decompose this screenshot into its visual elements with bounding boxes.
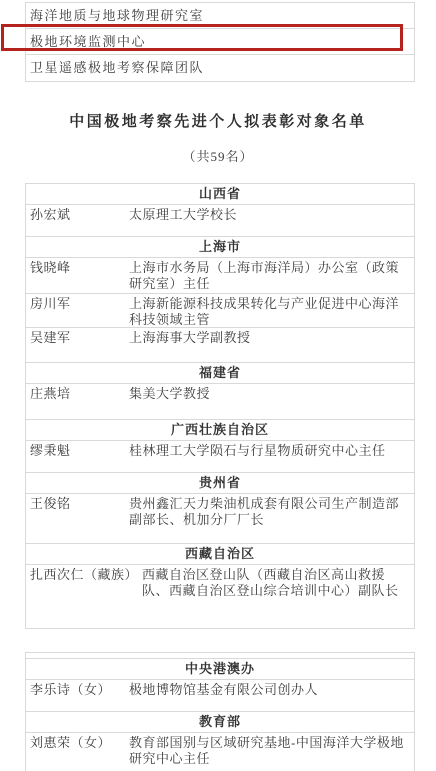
org-list-item: 卫星遥感极地考察保障团队 (26, 55, 414, 81)
region-header: 西藏自治区 (26, 544, 414, 565)
region-section: 广西壮族自治区缪秉魁桂林理工大学陨石与行星物质研究中心主任 (26, 420, 414, 473)
page-subtitle: （共59名） (0, 146, 436, 165)
region-section: 福建省庄燕培集美大学教授 (26, 363, 414, 420)
person-row: 缪秉魁桂林理工大学陨石与行星物质研究中心主任 (26, 441, 414, 473)
person-title: 教育部国别与区域研究基地-中国海洋大学极地研究中心主任 (129, 735, 412, 766)
region-header: 贵州省 (26, 473, 414, 494)
person-name: 孙宏斌 (30, 207, 129, 223)
person-row: 李乐诗（女）极地博物馆基金有限公司创办人 (26, 680, 414, 712)
person-row: 王俊铭贵州鑫汇天力柴油机成套有限公司生产制造部副部长、机加分厂厂长 (26, 494, 414, 544)
org-list-item: 海洋地质与地球物理研究室 (26, 3, 414, 29)
person-title: 贵州鑫汇天力柴油机成套有限公司生产制造部副部长、机加分厂厂长 (129, 496, 412, 527)
person-row: 扎西次仁（藏族）西藏自治区登山队（西藏自治区高山救援队、西藏自治区登山综合培训中… (26, 565, 414, 628)
person-row: 刘惠荣（女）教育部国别与区域研究基地-中国海洋大学极地研究中心主任 (26, 733, 414, 771)
person-row: 房川军上海新能源科技成果转化与产业促进中心海洋科技领域主管 (26, 294, 414, 328)
region-section: 教育部刘惠荣（女）教育部国别与区域研究基地-中国海洋大学极地研究中心主任 (26, 712, 414, 771)
org-list: 海洋地质与地球物理研究室极地环境监测中心卫星遥感极地考察保障团队 (25, 2, 415, 82)
person-title: 上海市水务局（上海市海洋局）办公室（政策研究室）主任 (129, 260, 412, 291)
region-header: 福建省 (26, 363, 414, 384)
org-list-item: 极地环境监测中心 (26, 29, 414, 55)
person-name: 钱晓峰 (30, 260, 129, 276)
region-header: 山西省 (26, 184, 414, 205)
person-row: 吴建军上海海事大学副教授 (26, 328, 414, 363)
person-name: 吴建军 (30, 330, 129, 346)
person-title: 桂林理工大学陨石与行星物质研究中心主任 (129, 443, 412, 459)
person-name: 扎西次仁（藏族） (30, 567, 142, 583)
region-header: 中央港澳办 (26, 659, 414, 680)
person-name: 庄燕培 (30, 386, 129, 402)
person-row: 孙宏斌太原理工大学校长 (26, 205, 414, 237)
page-title: 中国极地考察先进个人拟表彰对象名单 (0, 110, 436, 131)
region-header: 广西壮族自治区 (26, 420, 414, 441)
region-header: 教育部 (26, 712, 414, 733)
person-title: 太原理工大学校长 (129, 207, 412, 223)
person-name: 房川军 (30, 296, 129, 312)
roster-table-2: 中央港澳办李乐诗（女）极地博物馆基金有限公司创办人教育部刘惠荣（女）教育部国别与… (25, 652, 415, 771)
person-row: 庄燕培集美大学教授 (26, 384, 414, 420)
document-page: 海洋地质与地球物理研究室极地环境监测中心卫星遥感极地考察保障团队 中国极地考察先… (0, 0, 436, 771)
person-title: 极地博物馆基金有限公司创办人 (129, 682, 412, 698)
person-name: 李乐诗（女） (30, 682, 129, 698)
region-section: 中央港澳办李乐诗（女）极地博物馆基金有限公司创办人 (26, 659, 414, 712)
region-section: 西藏自治区扎西次仁（藏族）西藏自治区登山队（西藏自治区高山救援队、西藏自治区登山… (26, 544, 414, 628)
person-name: 缪秉魁 (30, 443, 129, 459)
region-section: 山西省孙宏斌太原理工大学校长 (26, 184, 414, 237)
person-row: 钱晓峰上海市水务局（上海市海洋局）办公室（政策研究室）主任 (26, 258, 414, 294)
region-section: 贵州省王俊铭贵州鑫汇天力柴油机成套有限公司生产制造部副部长、机加分厂厂长 (26, 473, 414, 544)
person-name: 王俊铭 (30, 496, 129, 512)
roster-table-1: 山西省孙宏斌太原理工大学校长上海市钱晓峰上海市水务局（上海市海洋局）办公室（政策… (25, 183, 415, 629)
region-header: 上海市 (26, 237, 414, 258)
person-title: 集美大学教授 (129, 386, 412, 402)
person-title: 上海新能源科技成果转化与产业促进中心海洋科技领域主管 (129, 296, 412, 327)
person-title: 上海海事大学副教授 (129, 330, 412, 346)
region-section: 上海市钱晓峰上海市水务局（上海市海洋局）办公室（政策研究室）主任房川军上海新能源… (26, 237, 414, 363)
person-name: 刘惠荣（女） (30, 735, 129, 751)
person-title: 西藏自治区登山队（西藏自治区高山救援队、西藏自治区登山综合培训中心）副队长 (142, 567, 412, 598)
